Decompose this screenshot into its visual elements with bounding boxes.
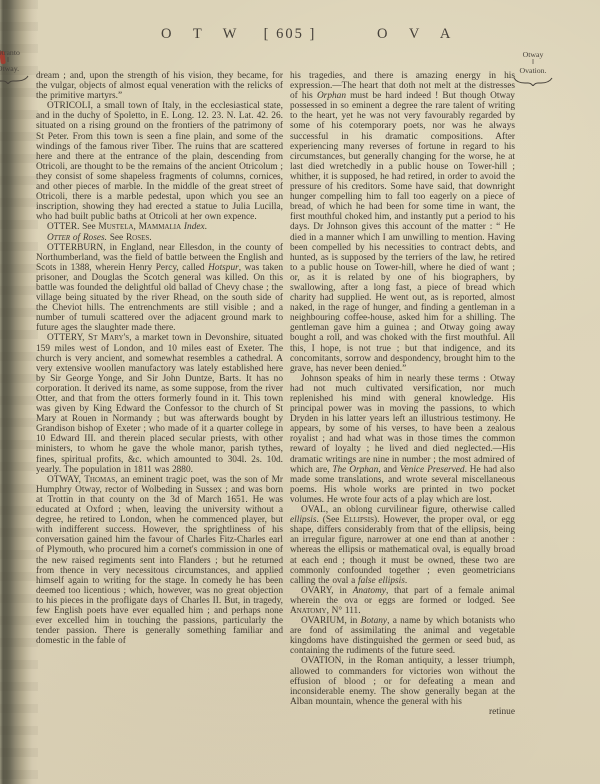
binding-gutter-shading [0, 0, 38, 784]
paragraph: OTTER. See Mustela, Mammalia Index. [36, 222, 283, 232]
paragraph: OTTERBURN, in England, near Ellesdon, in… [36, 243, 283, 334]
paragraph: Johnson speaks of him in nearly these te… [290, 374, 515, 505]
header-left-title: O T W [161, 26, 245, 43]
text-column-right: his tragedies, and there is amazing ener… [290, 71, 515, 717]
paragraph: his tragedies, and there is amazing ener… [290, 71, 515, 374]
paragraph: OVARIUM, in Botany, a name by which bota… [290, 616, 515, 656]
paragraph: OTWAY, Thomas, an eminent tragic poet, w… [36, 475, 283, 647]
paragraph: OVAL, an oblong curvilinear figure, othe… [290, 505, 515, 586]
margin-note-left: Otranto ‖ Otway. [0, 48, 36, 84]
text-column-left: dream ; and, upon the strength of his vi… [36, 71, 283, 646]
paragraph: Otter of Roses. See Roses. [36, 233, 283, 243]
margin-brace-icon [513, 77, 553, 86]
paragraph: OTRICOLI, a small town of Italy, in the … [36, 101, 283, 222]
paragraph: OVARY, in Anatomy, that part of a female… [290, 586, 515, 616]
catchword: retinue [290, 707, 515, 717]
scanned-book-page: O T W [ 605 ] O V A Otranto ‖ Otway. Otw… [0, 0, 600, 784]
parallel-bars-icon: ‖ [507, 59, 559, 66]
margin-note-left-top: Otranto [0, 48, 20, 57]
paragraph: dream ; and, upon the strength of his vi… [36, 71, 283, 101]
page-number: [ 605 ] [264, 26, 317, 43]
margin-brace-icon [0, 75, 29, 84]
paragraph: OTTERY, St Mary's, a market town in Devo… [36, 333, 283, 474]
paragraph: OVATION, in the Roman antiquity, a lesse… [290, 656, 515, 706]
margin-note-right-bottom: Ovation. [519, 66, 546, 75]
margin-note-left-bottom: Otway. [0, 64, 19, 73]
page-header: O T W [ 605 ] O V A [0, 26, 600, 46]
header-right-title: O V A [377, 26, 459, 43]
parallel-bars-icon: ‖ [0, 57, 36, 64]
